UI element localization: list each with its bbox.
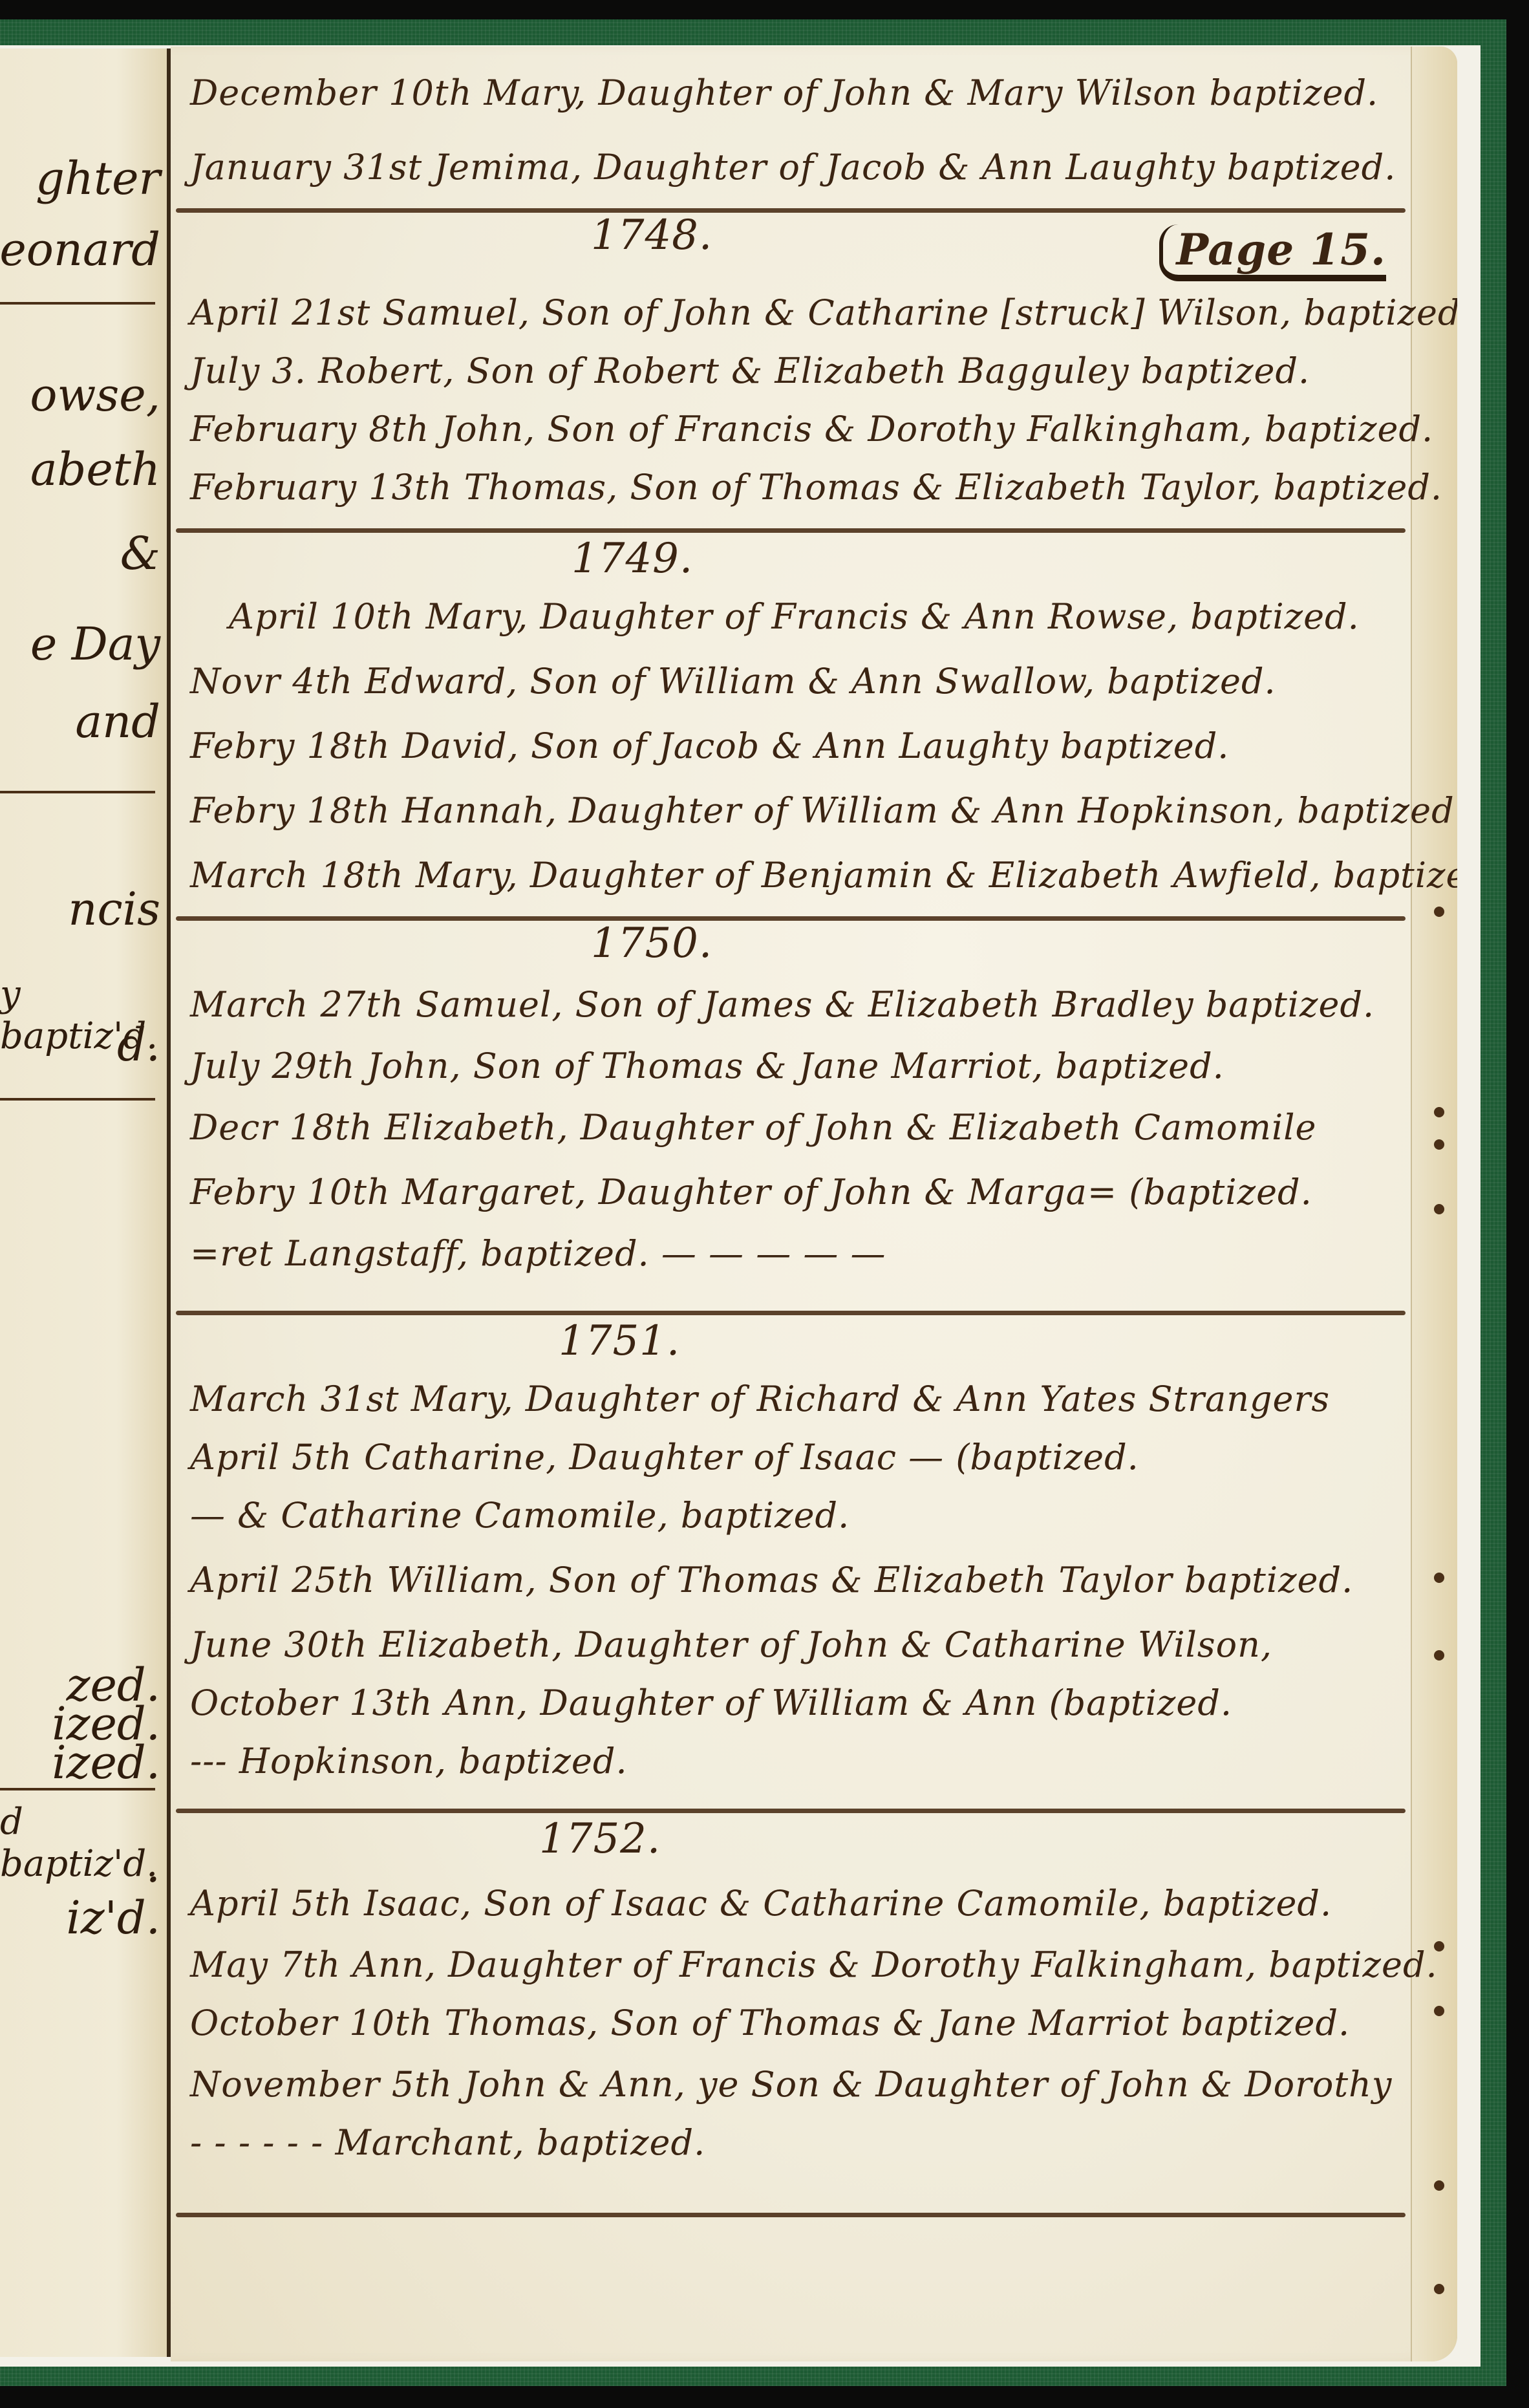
entry-date: October 13th <box>190 1682 433 1723</box>
baptism-entry: Febry 18th Hannah, Daughter of William &… <box>190 790 1457 831</box>
left-fragment: and <box>75 695 160 748</box>
entry-date: November 5th <box>190 2064 453 2105</box>
page-number-label: Page 15. <box>1159 224 1386 281</box>
entry-date: May 7th <box>190 1944 341 1985</box>
page-edge <box>1411 47 1457 2361</box>
entry-text: John, Son of Thomas & Jane Marriot, bapt… <box>367 1046 1224 1086</box>
entry-text: Elizabeth, Daughter of John & Catharine … <box>380 1624 1272 1665</box>
entry-text: Margaret, Daughter of John & Marga= (bap… <box>402 1172 1312 1212</box>
entry-text: Mary, Daughter of John & Mary Wilson bap… <box>484 72 1379 113</box>
left-fragment: ghter <box>36 152 160 205</box>
baptism-entry: April 21st Samuel, Son of John & Cathari… <box>190 292 1457 333</box>
baptism-entry: February 8th John, Son of Francis & Doro… <box>190 409 1433 449</box>
baptism-entry-continuation: =ret Langstaff, baptized. — — — — — <box>190 1233 886 1274</box>
entry-text: Ann, Daughter of Francis & Dorothy Falki… <box>352 1944 1438 1985</box>
entry-date: December 10th <box>190 72 472 113</box>
left-fragment: e Day <box>30 618 160 671</box>
baptism-entry: January 31st Jemima, Daughter of Jacob &… <box>190 147 1396 188</box>
left-fragment: iz'd. <box>66 1891 160 1944</box>
entry-text: Samuel, Son of James & Elizabeth Bradley… <box>416 984 1374 1025</box>
entry-date: April 25th <box>190 1560 375 1600</box>
section-divider <box>176 208 1406 213</box>
baptism-entry: March 27th Samuel, Son of James & Elizab… <box>190 984 1374 1025</box>
baptism-entry-continuation: --- Hopkinson, baptized. <box>190 1741 628 1781</box>
left-fragment: owse, <box>30 369 160 422</box>
baptism-entry: April 25th William, Son of Thomas & Eliz… <box>190 1560 1353 1600</box>
section-divider <box>176 528 1406 533</box>
entry-date: April 5th <box>190 1437 352 1478</box>
left-fragment: d. <box>117 1018 160 1071</box>
entry-date: July 3. <box>190 350 306 391</box>
baptism-entry: April 5th Catharine, Daughter of Isaac —… <box>190 1437 1139 1478</box>
baptism-entry: Febry 10th Margaret, Daughter of John & … <box>190 1172 1312 1212</box>
margin-ink-dot <box>1434 1650 1444 1661</box>
entry-text: Catharine, Daughter of Isaac — (baptized… <box>364 1437 1139 1478</box>
margin-ink-dot <box>1434 2284 1444 2294</box>
entry-date: March 27th <box>190 984 404 1025</box>
left-fragment: & <box>120 527 160 580</box>
entry-text: William, Son of Thomas & Elizabeth Taylo… <box>387 1560 1353 1600</box>
entry-text: Samuel, Son of John & Catharine [struck]… <box>382 292 1457 333</box>
baptism-entry: July 29th John, Son of Thomas & Jane Mar… <box>190 1046 1224 1086</box>
year-heading: 1752. <box>539 1815 661 1863</box>
margin-ink-dot <box>1434 1139 1444 1150</box>
entry-text: Jemima, Daughter of Jacob & Ann Laughty … <box>434 147 1396 188</box>
baptism-entry: November 5th John & Ann, ye Son & Daught… <box>190 2064 1392 2105</box>
entry-text: — & Catharine Camomile, baptized. <box>190 1495 850 1536</box>
entry-text: Mary, Daughter of Benjamin & Elizabeth A… <box>416 855 1457 896</box>
entry-date: Febry 18th <box>190 790 390 831</box>
margin-ink-dot <box>1434 907 1444 917</box>
entry-date: January 31st <box>190 147 422 188</box>
baptism-entry: May 7th Ann, Daughter of Francis & Dorot… <box>190 1944 1438 1985</box>
entry-text: John, Son of Francis & Dorothy Falkingha… <box>441 409 1433 449</box>
year-heading: 1750. <box>591 919 712 967</box>
entry-text: Mary, Daughter of Richard & Ann Yates St… <box>411 1379 1330 1419</box>
baptism-entry: October 13th Ann, Daughter of William & … <box>190 1682 1232 1723</box>
entry-text: --- Hopkinson, baptized. <box>190 1741 628 1781</box>
baptism-entry: Decr 18th Elizabeth, Daughter of John & … <box>190 1107 1317 1148</box>
section-divider <box>176 916 1406 921</box>
left-fragment: eonard <box>0 223 160 276</box>
entry-text: Hannah, Daughter of William & Ann Hopkin… <box>402 790 1457 831</box>
baptism-entry-continuation: — & Catharine Camomile, baptized. <box>190 1495 850 1536</box>
entry-date: Decr 18th <box>190 1107 373 1148</box>
left-fragment: abeth <box>30 443 160 496</box>
entry-date: Novr 4th <box>190 661 353 702</box>
margin-ink-dot <box>1434 1204 1444 1214</box>
entry-date: February 13th <box>190 467 453 508</box>
entry-text: David, Son of Jacob & Ann Laughty baptiz… <box>402 726 1230 766</box>
baptism-entry: Novr 4th Edward, Son of William & Ann Sw… <box>190 661 1276 702</box>
entry-text: Ann, Daughter of William & Ann (baptized… <box>445 1682 1232 1723</box>
left-divider <box>0 791 155 793</box>
baptism-entry: October 10th Thomas, Son of Thomas & Jan… <box>190 2003 1350 2043</box>
margin-ink-dot <box>1434 2180 1444 2191</box>
entry-text: Mary, Daughter of Francis & Ann Rowse, b… <box>425 596 1359 637</box>
baptism-entry: April 5th Isaac, Son of Isaac & Catharin… <box>190 1883 1332 1924</box>
entry-date: April 10th <box>229 596 414 637</box>
section-divider <box>176 1809 1406 1813</box>
entry-text: John & Ann, ye Son & Daughter of John & … <box>464 2064 1392 2105</box>
left-fragment: d baptiz'd. <box>0 1801 160 1885</box>
entry-text: Thomas, Son of Thomas & Elizabeth Taylor… <box>464 467 1442 508</box>
entry-text: Elizabeth, Daughter of John & Elizabeth … <box>385 1107 1317 1148</box>
entry-date: Febry 10th <box>190 1172 390 1212</box>
baptism-entry: April 10th Mary, Daughter of Francis & A… <box>229 596 1360 637</box>
baptism-entry: December 10th Mary, Daughter of John & M… <box>190 72 1378 113</box>
left-fragment: ized. <box>52 1736 160 1789</box>
entry-text: Isaac, Son of Isaac & Catharine Camomile… <box>364 1883 1332 1924</box>
baptism-entry: June 30th Elizabeth, Daughter of John & … <box>190 1624 1272 1665</box>
margin-ink-dot <box>1434 1573 1444 1583</box>
margin-ink-dot <box>1434 2006 1444 2016</box>
right-page: December 10th Mary, Daughter of John & M… <box>171 47 1457 2361</box>
entry-date: March 18th <box>190 855 404 896</box>
entry-date: February 8th <box>190 409 429 449</box>
entry-date: April 21st <box>190 292 370 333</box>
section-divider <box>176 1311 1406 1315</box>
left-divider <box>0 1098 155 1101</box>
entry-date: April 5th <box>190 1883 352 1924</box>
entry-text: Thomas, Son of Thomas & Jane Marriot bap… <box>445 2003 1351 2043</box>
baptism-entry: March 18th Mary, Daughter of Benjamin & … <box>190 855 1457 896</box>
entry-text: Robert, Son of Robert & Elizabeth Baggul… <box>318 350 1310 391</box>
entry-date: October 10th <box>190 2003 433 2043</box>
entry-date: Febry 18th <box>190 726 390 766</box>
entry-text: - - - - - - Marchant, baptized. <box>190 2122 705 2163</box>
year-heading: 1751. <box>559 1317 680 1365</box>
left-divider <box>0 302 155 305</box>
margin-ink-dot <box>1434 1107 1444 1117</box>
left-fragment: . <box>146 1840 160 1893</box>
entry-text: =ret Langstaff, baptized. — — — — — <box>190 1233 886 1274</box>
left-divider <box>0 1788 155 1790</box>
baptism-entry: Febry 18th David, Son of Jacob & Ann Lau… <box>190 726 1229 766</box>
baptism-entry: July 3. Robert, Son of Robert & Elizabet… <box>190 350 1310 391</box>
baptism-entry: March 31st Mary, Daughter of Richard & A… <box>190 1379 1330 1419</box>
section-divider <box>176 2213 1406 2217</box>
left-page: ghter . eonard owse, abeth & e Day and n… <box>0 48 171 2357</box>
entry-date: July 29th <box>190 1046 356 1086</box>
entry-date: March 31st <box>190 1379 400 1419</box>
left-fragment: ncis <box>68 883 160 936</box>
entry-text: Edward, Son of William & Ann Swallow, ba… <box>365 661 1276 702</box>
baptism-entry: February 13th Thomas, Son of Thomas & El… <box>190 467 1442 508</box>
entry-date: June 30th <box>190 1624 368 1665</box>
baptism-entry-continuation: - - - - - - Marchant, baptized. <box>190 2122 705 2163</box>
year-heading: 1748. <box>591 211 712 259</box>
year-heading: 1749. <box>572 535 693 583</box>
